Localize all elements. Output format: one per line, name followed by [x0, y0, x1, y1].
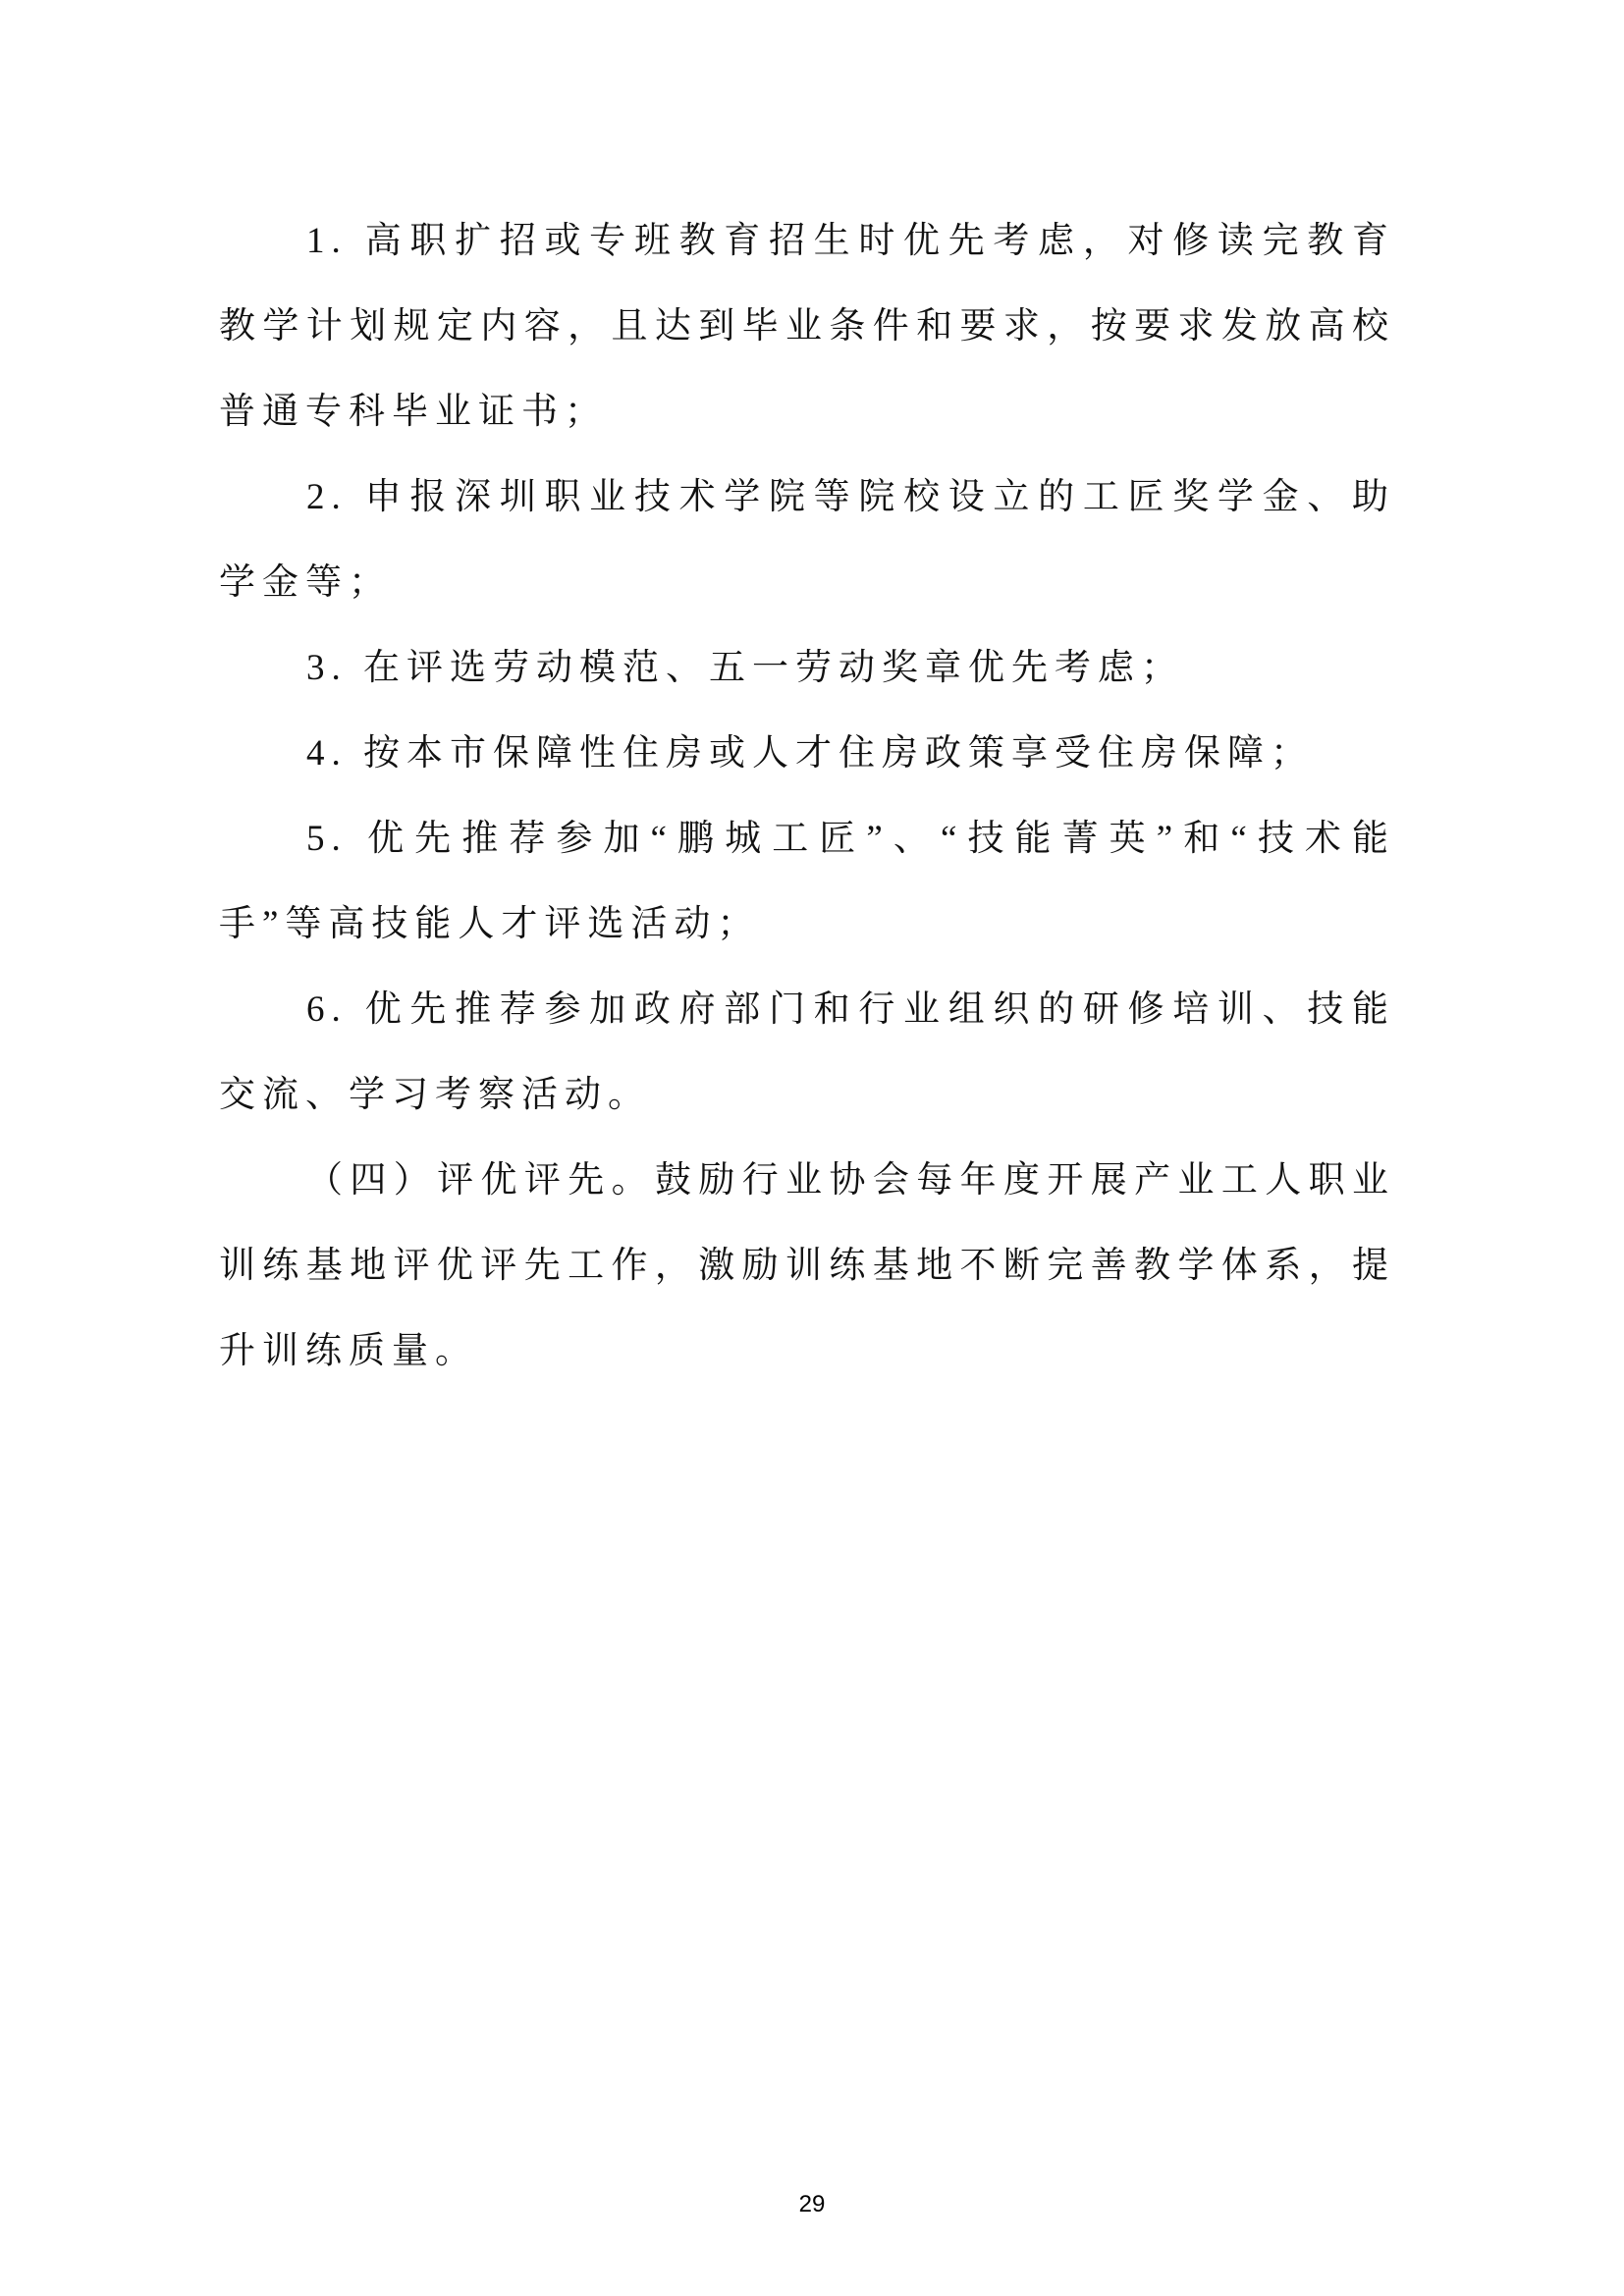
page-number: 29	[0, 2191, 1624, 2218]
document-page: 1. 高职扩招或专班教育招生时优先考虑，对修读完教育教学计划规定内容，且达到毕业…	[0, 0, 1624, 2296]
list-item-1-priority-enrollment: 1. 高职扩招或专班教育招生时优先考虑，对修读完教育教学计划规定内容，且达到毕业…	[219, 198, 1395, 454]
list-item-5-talent-selection: 5. 优先推荐参加“鹏城工匠”、“技能菁英”和“技术能手”等高技能人才评选活动；	[219, 796, 1395, 967]
section-4-evaluation: （四）评优评先。鼓励行业协会每年度开展产业工人职业训练基地评优评先工作，激励训练…	[219, 1138, 1395, 1394]
document-body: 1. 高职扩招或专班教育招生时优先考虑，对修读完教育教学计划规定内容，且达到毕业…	[219, 198, 1395, 1394]
list-item-3-labor-model: 3. 在评选劳动模范、五一劳动奖章优先考虑；	[219, 625, 1395, 711]
list-item-6-training: 6. 优先推荐参加政府部门和行业组织的研修培训、技能交流、学习考察活动。	[219, 967, 1395, 1138]
list-item-4-housing: 4. 按本市保障性住房或人才住房政策享受住房保障；	[219, 711, 1395, 796]
list-item-2-scholarship: 2. 申报深圳职业技术学院等院校设立的工匠奖学金、助学金等；	[219, 454, 1395, 625]
